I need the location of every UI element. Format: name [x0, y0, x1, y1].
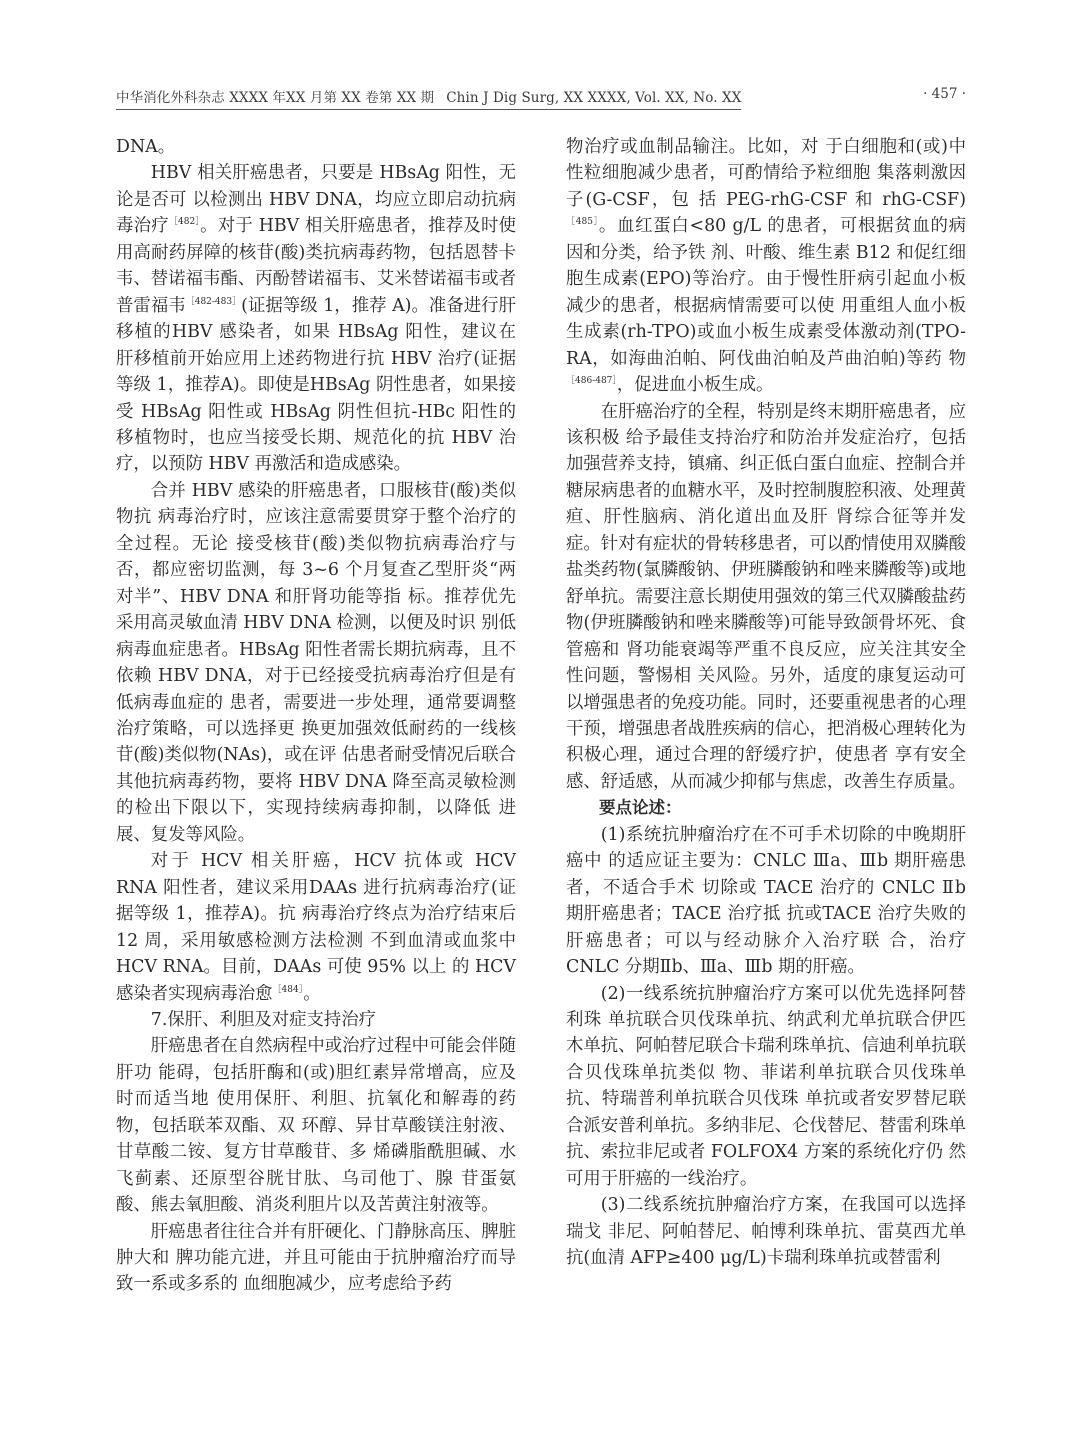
paragraph-text: 7.保肝、利胆及对症支持治疗: [151, 1010, 376, 1030]
paragraph: (2)一线系统抗肿瘤治疗方案可以优先选择阿替利珠 单抗联合贝伐珠单抗、纳武利尤单…: [566, 981, 966, 1193]
citation-reference: ［482］: [169, 217, 200, 227]
paragraph-text: 对于 HCV 相关肝癌，HCV 抗体或 HCV RNA 阳性者，建议采用DAAs…: [116, 851, 516, 1003]
citation-reference: ［486-487］: [566, 376, 617, 386]
paragraph-text: (1)系统抗肿瘤治疗在不可手术切除的中晚期肝癌中 的适应证主要为：CNLC Ⅲa…: [566, 825, 966, 977]
section-heading: 要点论述：: [566, 795, 966, 821]
paragraph-text: 。: [303, 984, 320, 1004]
paragraph-text: 。血红蛋白<80 g/L 的患者，可根据贫血的病因和分类，给予铁 剂、叶酸、维生…: [566, 216, 966, 368]
paragraph-text: 肝癌患者在自然病程中或治疗过程中可能会伴随肝功 能碍，包括肝酶和(或)胆红素异常…: [116, 1036, 516, 1215]
left-text-column: DNA。HBV 相关肝癌患者，只要是 HBsAg 阳性，无论是否可 以检测出 H…: [116, 134, 516, 1298]
paragraph: 合并 HBV 感染的肝癌患者，口服核苷(酸)类似物抗 病毒治疗时，应该注意需要贯…: [116, 478, 516, 848]
paragraph: 7.保肝、利胆及对症支持治疗: [116, 1007, 516, 1033]
paragraph-text: 合并 HBV 感染的肝癌患者，口服核苷(酸)类似物抗 病毒治疗时，应该注意需要贯…: [116, 481, 516, 845]
paragraph-text: (证据等级 1，推荐 A)。准备进行肝移植的HBV 感染者，如果 HBsAg 阳…: [116, 296, 516, 475]
paragraph: 肝癌患者往往合并有肝硬化、门静脉高压、脾脏肿大和 脾功能亢进，并且可能由于抗肿瘤…: [116, 1219, 516, 1298]
paragraph: 肝癌患者在自然病程中或治疗过程中可能会伴随肝功 能碍，包括肝酶和(或)胆红素异常…: [116, 1033, 516, 1218]
paragraph-text: DNA。: [116, 137, 175, 157]
paragraph-text: (3)二线系统抗肿瘤治疗方案，在我国可以选择瑞戈 非尼、阿帕替尼、帕博利珠单抗、…: [566, 1195, 966, 1268]
paragraph: HBV 相关肝癌患者，只要是 HBsAg 阳性，无论是否可 以检测出 HBV D…: [116, 160, 516, 477]
paragraph: 物治疗或血制品输注。比如，对 于白细胞和(或)中性粒细胞减少患者，可酌情给予粒细…: [566, 134, 966, 399]
citation-reference: ［485］: [566, 217, 599, 227]
paragraph-text: (2)一线系统抗肿瘤治疗方案可以优先选择阿替利珠 单抗联合贝伐珠单抗、纳武利尤单…: [566, 984, 966, 1189]
journal-title-cn: 中华消化外科杂志 XXXX 年XX 月第 XX 卷第 XX 期: [116, 90, 434, 106]
right-text-column: 物治疗或血制品输注。比如，对 于白细胞和(或)中性粒细胞减少患者，可酌情给予粒细…: [566, 134, 966, 1271]
paragraph-text: 物治疗或血制品输注。比如，对 于白细胞和(或)中性粒细胞减少患者，可酌情给予粒细…: [566, 137, 966, 210]
paragraph-text: 肝癌患者往往合并有肝硬化、门静脉高压、脾脏肿大和 脾功能亢进，并且可能由于抗肿瘤…: [116, 1222, 516, 1295]
paragraph-text: 要点论述：: [599, 798, 682, 817]
paragraph: (3)二线系统抗肿瘤治疗方案，在我国可以选择瑞戈 非尼、阿帕替尼、帕博利珠单抗、…: [566, 1192, 966, 1271]
paragraph: DNA。: [116, 134, 516, 160]
paragraph: 在肝癌治疗的全程，特别是终末期肝癌患者，应该积极 给予最佳支持治疗和防治并发症治…: [566, 399, 966, 796]
running-head: 中华消化外科杂志 XXXX 年XX 月第 XX 卷第 XX 期Chin J Di…: [116, 86, 966, 108]
citation-reference: ［482-483］: [186, 297, 241, 307]
paragraph: (1)系统抗肿瘤治疗在不可手术切除的中晚期肝癌中 的适应证主要为：CNLC Ⅲa…: [566, 822, 966, 981]
paragraph: 对于 HCV 相关肝癌，HCV 抗体或 HCV RNA 阳性者，建议采用DAAs…: [116, 848, 516, 1007]
citation-reference: ［484］: [273, 985, 304, 995]
journal-title-en: Chin J Dig Surg, XX XXXX, Vol. XX, No. X…: [446, 90, 741, 106]
paragraph-text: ，促进血小板生成。: [617, 375, 774, 395]
journal-citation: 中华消化外科杂志 XXXX 年XX 月第 XX 卷第 XX 期Chin J Di…: [116, 86, 741, 110]
paragraph-text: 在肝癌治疗的全程，特别是终末期肝癌患者，应该积极 给予最佳支持治疗和防治并发症治…: [566, 402, 966, 792]
page-number: · 457 ·: [923, 86, 966, 102]
